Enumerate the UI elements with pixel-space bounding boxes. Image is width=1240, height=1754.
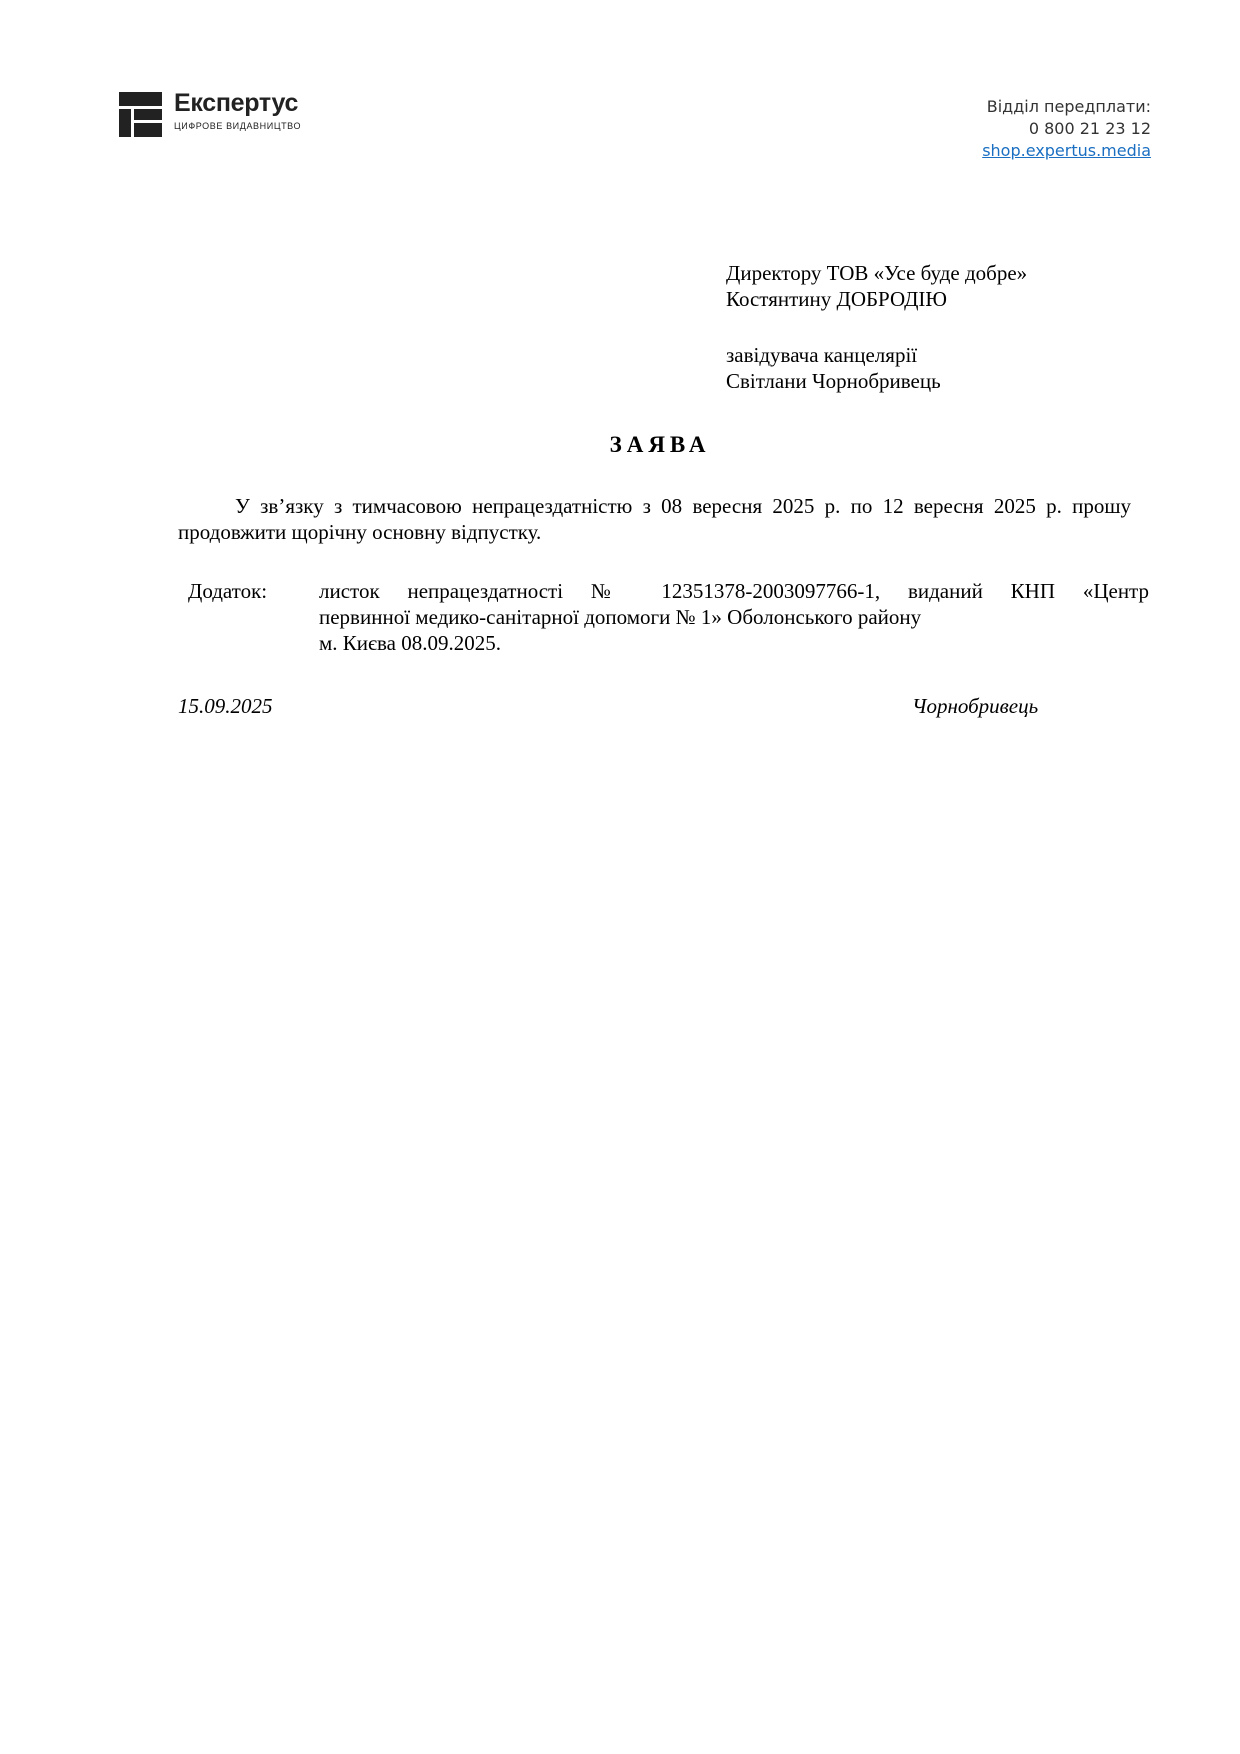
recipient-position: Директору ТОВ «Усе буде добре» — [726, 260, 1027, 286]
logo-subtitle: ЦИФРОВЕ ВИДАВНИЦТВО — [174, 121, 301, 131]
sender-name: Світлани Чорнобривець — [726, 368, 1027, 394]
recipient-name: Костянтину ДОБРОДІЮ — [726, 286, 1027, 312]
subscription-contact: Відділ передплати: 0 800 21 23 12 shop.e… — [982, 96, 1151, 162]
document-title: ЗАЯВА — [0, 432, 1240, 458]
attachment-label: Додаток: — [178, 578, 319, 656]
application-body: У зв’язку з тимчасовою непрацездатністю … — [178, 493, 1131, 545]
contact-phone: 0 800 21 23 12 — [982, 118, 1151, 140]
logo-name: Експертус — [174, 90, 301, 116]
attachment-line-1: листок непрацездатності № 12351378-20030… — [319, 578, 1149, 604]
publisher-logo: Експертус ЦИФРОВЕ ВИДАВНИЦТВО — [119, 90, 301, 137]
addressee-block: Директору ТОВ «Усе буде добре» Костянтин… — [726, 260, 1027, 394]
expertus-logo-mark-icon — [119, 92, 162, 137]
attachment-block: Додаток: листок непрацездатності № 12351… — [178, 578, 1153, 656]
sender-position: завідувача канцелярії — [726, 342, 1027, 368]
contact-label: Відділ передплати: — [982, 96, 1151, 118]
attachment-line-2: первинної медико-санітарної допомоги № 1… — [319, 604, 1149, 630]
application-date: 15.09.2025 — [178, 693, 273, 719]
shop-link[interactable]: shop.expertus.media — [982, 141, 1151, 160]
attachment-line-3: м. Києва 08.09.2025. — [319, 630, 1149, 656]
signature: Чорнобривець — [912, 693, 1038, 719]
